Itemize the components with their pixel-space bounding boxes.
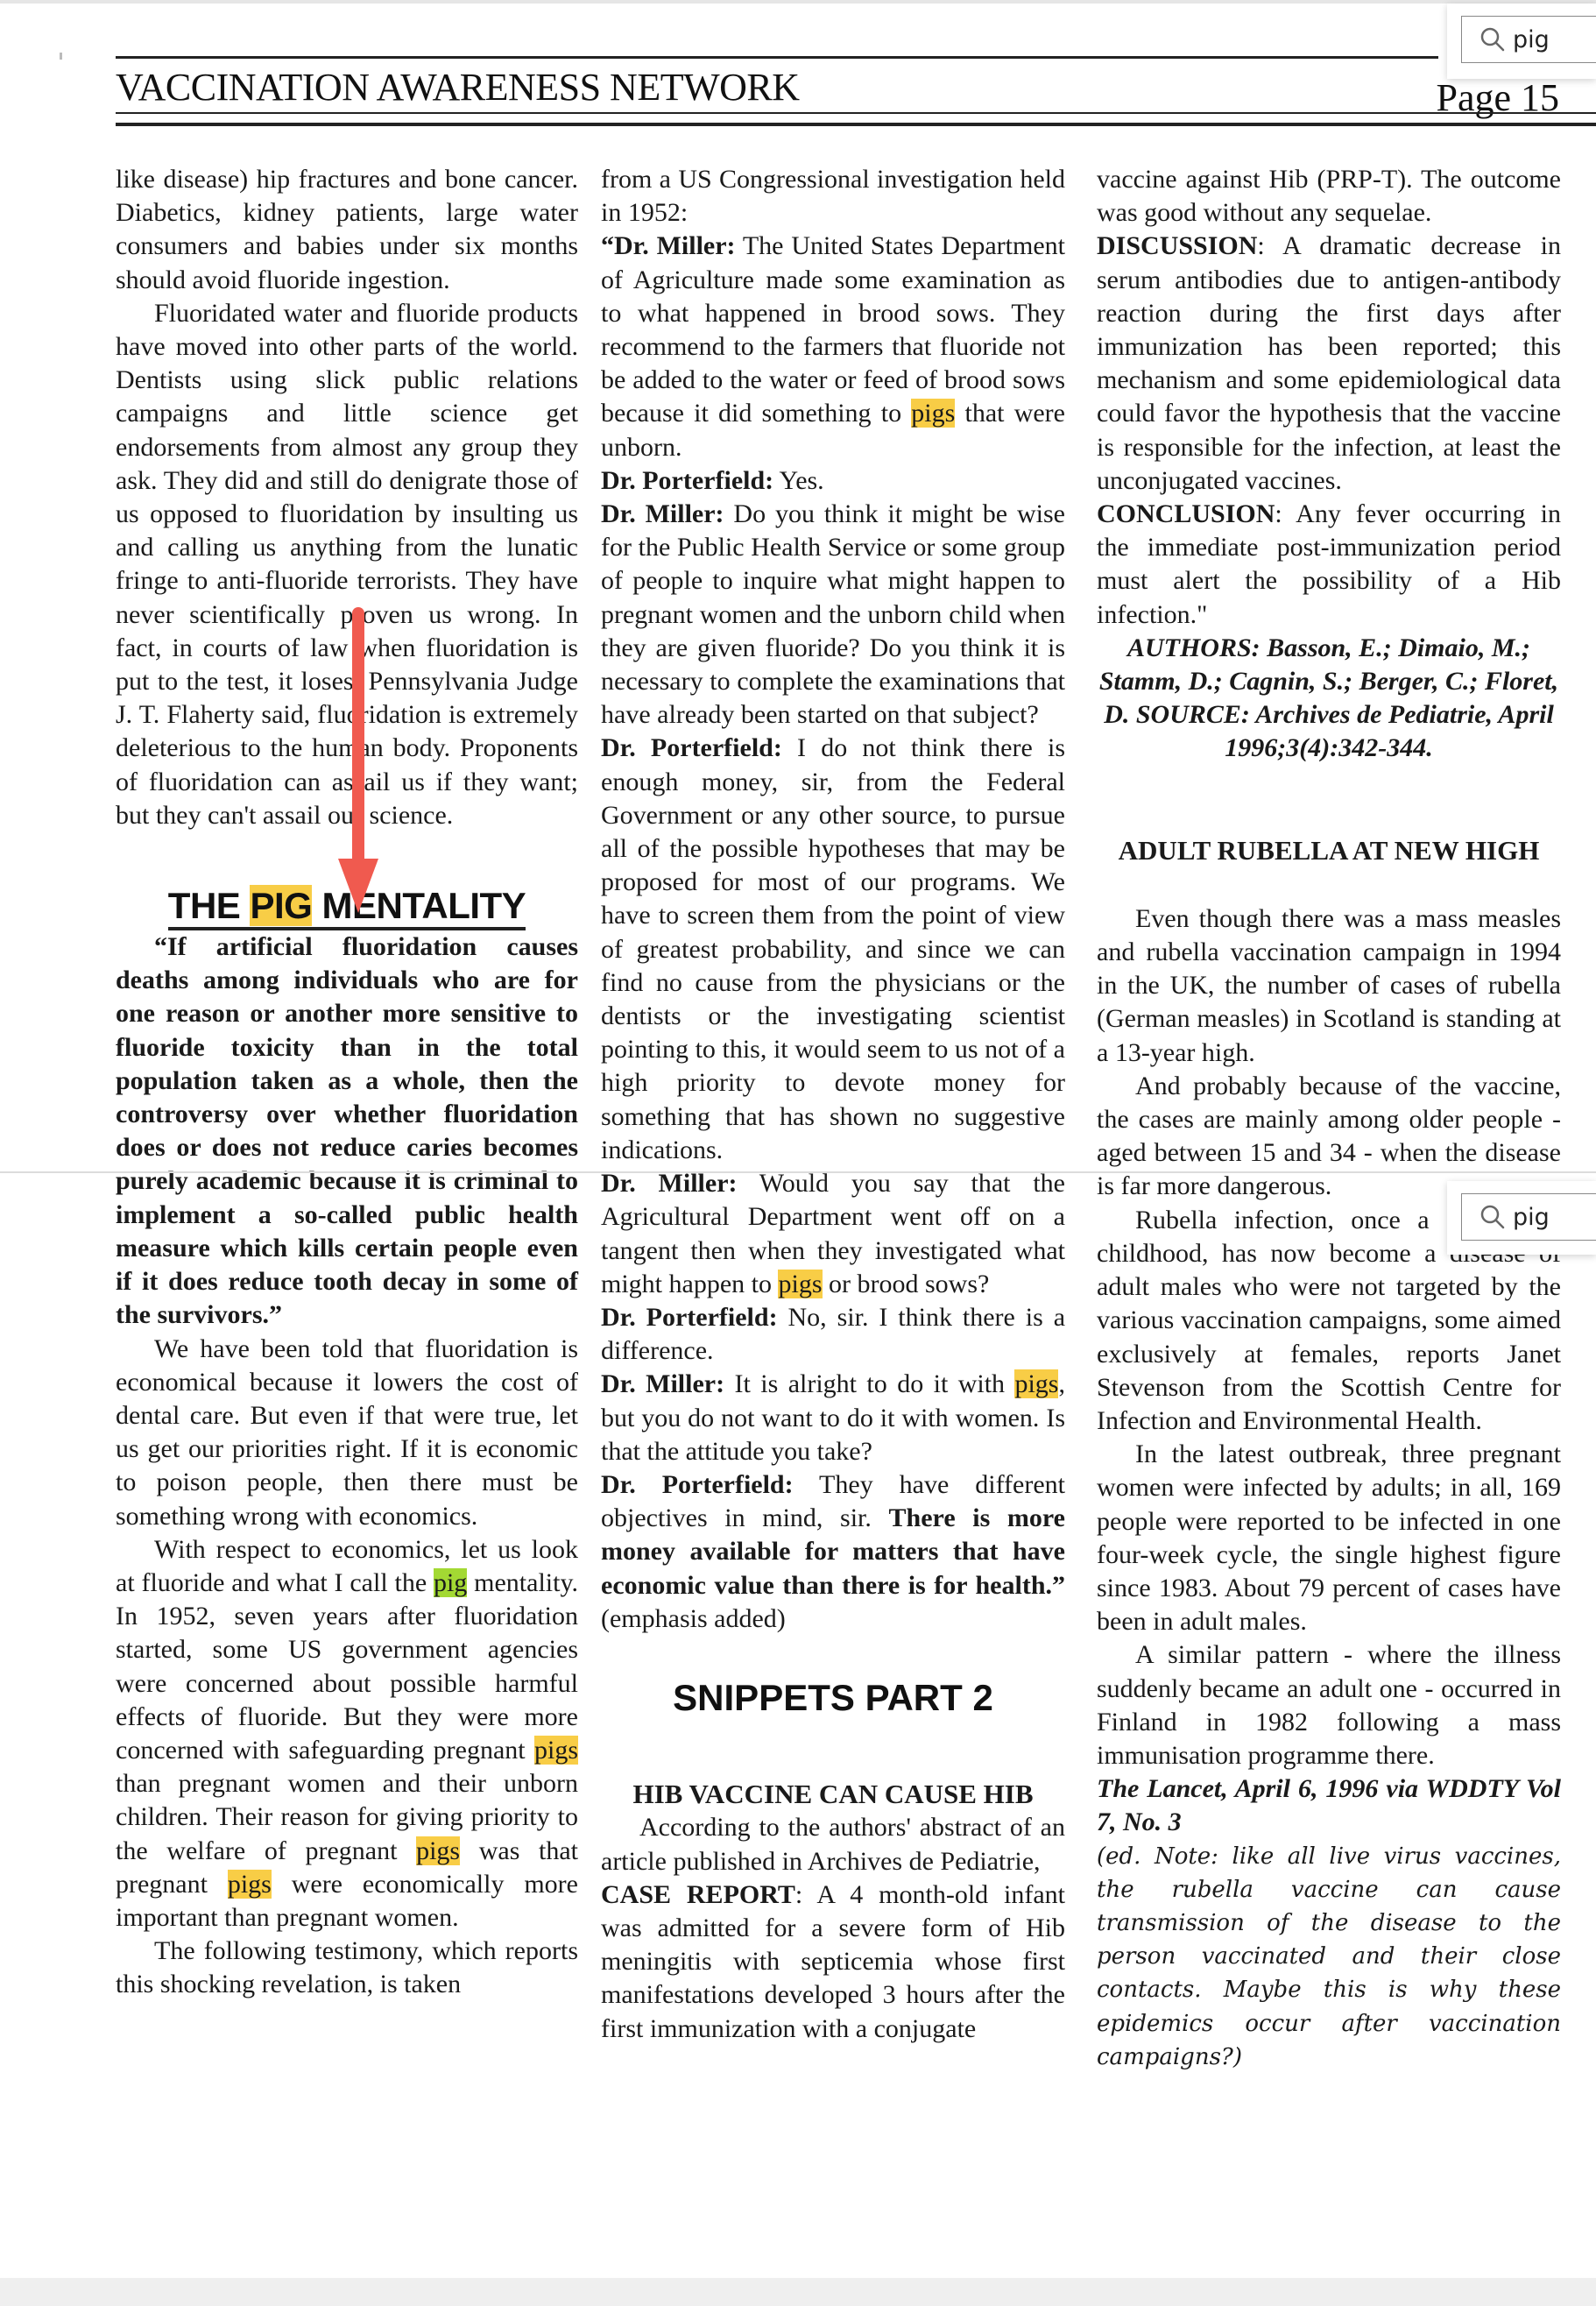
column-3: vaccine against Hib (PRP-T). The outcome… (1097, 163, 1561, 2074)
search-match[interactable]: PIG (250, 885, 312, 926)
speaker: Dr. Miller: (601, 1169, 738, 1198)
paragraph: Even though there was a mass measles and… (1097, 902, 1561, 1070)
paragraph: According to the authors' abstract of an… (601, 1811, 1065, 1878)
speaker: Dr. Miller: (601, 499, 724, 528)
section-title-snippets: SNIPPETS PART 2 (601, 1681, 1065, 1715)
search-match-current[interactable]: pig (434, 1568, 467, 1597)
column-1: like disease) hip fractures and bone can… (116, 163, 578, 2002)
search-match[interactable]: pigs (911, 399, 955, 428)
testimony-line: Dr. Miller: It is alright to do it with … (601, 1368, 1065, 1468)
find-input[interactable]: pig (1461, 1193, 1596, 1241)
search-match[interactable]: pigs (778, 1270, 822, 1298)
page-top-edge (0, 0, 1596, 4)
editor-note: (ed. Note: like all live virus vaccines,… (1097, 1840, 1561, 2074)
paragraph: The following testimony, which reports t… (116, 1935, 578, 2001)
paragraph: We have been told that fluoridation is e… (116, 1333, 578, 1533)
speaker: Dr. Porterfield: (601, 466, 773, 495)
scan-mark (60, 53, 62, 60)
find-query: pig (1513, 1204, 1550, 1231)
testimony-line: Dr. Porterfield: Yes. (601, 464, 1065, 498)
testimony-line: Dr. Miller: Would you say that the Agric… (601, 1167, 1065, 1301)
masthead-rule-top (116, 56, 1438, 59)
find-bar: pig (1447, 4, 1596, 79)
citation-source: The Lancet, April 6, 1996 via WDDTY Vol … (1097, 1772, 1561, 1839)
paragraph: CASE REPORT: A 4 month-old infant was ad… (601, 1878, 1065, 2046)
paragraph: With respect to economics, let us look a… (116, 1533, 578, 1935)
speaker: “Dr. Miller: (601, 231, 736, 260)
search-match[interactable]: pigs (228, 1870, 272, 1899)
paragraph: A similar pattern - where the illness su… (1097, 1638, 1561, 1772)
speaker: Dr. Porterfield: (601, 733, 782, 762)
paragraph: from a US Congressional investigation he… (601, 163, 1065, 230)
search-icon (1479, 1204, 1506, 1230)
page-bottom-band (0, 2278, 1596, 2306)
masthead-rule-thin (116, 112, 1596, 114)
search-match[interactable]: pigs (534, 1736, 578, 1765)
paragraph: CONCLUSION: Any fever occurring in the i… (1097, 498, 1561, 632)
speaker: Dr. Porterfield: (601, 1303, 778, 1332)
masthead-title: VACCINATION AWARENESS NETWORK (116, 65, 800, 110)
article-title-hib: HIB VACCINE CAN CAUSE HIB (601, 1778, 1065, 1811)
speaker: Dr. Porterfield: (601, 1470, 794, 1499)
search-match[interactable]: pigs (1014, 1369, 1058, 1398)
testimony-line: Dr. Miller: Do you think it might be wis… (601, 498, 1065, 732)
masthead-rule-thick (116, 123, 1596, 126)
find-bar: pig (1447, 1181, 1596, 1255)
testimony-line: Dr. Porterfield: No, sir. I think there … (601, 1301, 1065, 1368)
paragraph: vaccine against Hib (PRP-T). The outcome… (1097, 163, 1561, 230)
testimony-line: Dr. Porterfield: They have different obj… (601, 1468, 1065, 1636)
find-query: pig (1513, 26, 1550, 53)
screenshot-seam (0, 1171, 1596, 1173)
speaker: Dr. Miller: (601, 1369, 724, 1398)
paragraph: In the latest outbreak, three pregnant w… (1097, 1438, 1561, 1638)
testimony-line: Dr. Porterfield: I do not think there is… (601, 732, 1065, 1167)
find-input[interactable]: pig (1461, 16, 1596, 63)
block-quote: “If artificial fluoridation causes death… (116, 930, 578, 1332)
search-match[interactable]: pigs (416, 1836, 460, 1865)
search-icon (1479, 26, 1506, 53)
testimony-line: “Dr. Miller: The United States Departmen… (601, 230, 1065, 463)
paragraph: DISCUSSION: A dramatic decrease in serum… (1097, 230, 1561, 498)
paragraph: like disease) hip fractures and bone can… (116, 163, 578, 297)
citation-authors: AUTHORS: Basson, E.; Dimaio, M.; Stamm, … (1097, 632, 1561, 766)
arrow-down-icon (338, 605, 378, 916)
column-2: from a US Congressional investigation he… (601, 163, 1065, 2046)
article-title-rubella: ADULT RUBELLA AT NEW HIGH (1097, 834, 1561, 867)
